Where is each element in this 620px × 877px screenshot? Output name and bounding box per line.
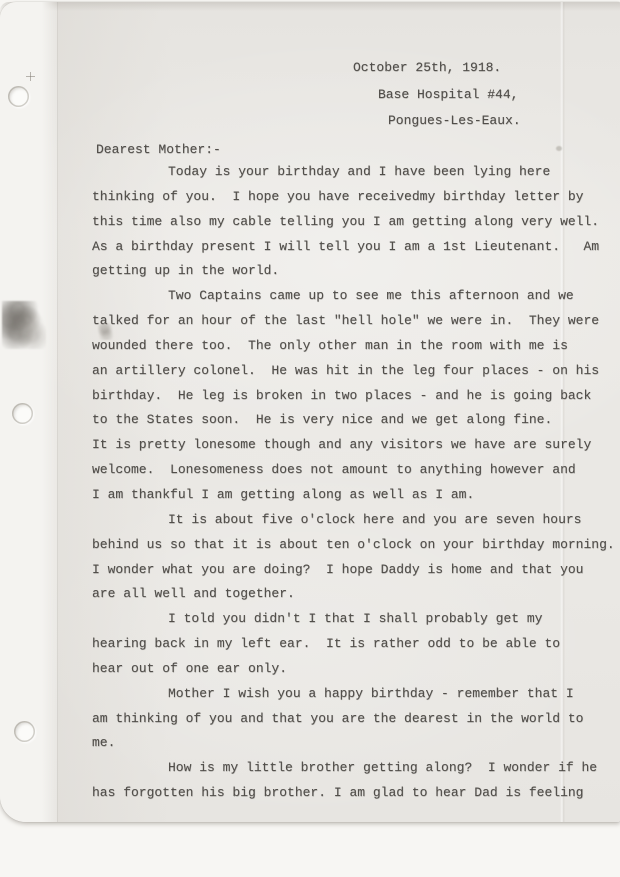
paragraph: It is about five o'clock here and you ar…	[92, 508, 617, 607]
letter-line: welcome. Lonesomeness does not amount to…	[92, 458, 617, 483]
punch-hole-bottom	[14, 721, 35, 742]
salutation: Dearest Mother:-	[96, 142, 221, 157]
letter-line: to the States soon. He is very nice and …	[92, 408, 617, 433]
letter-line: I am thankful I am getting along as well…	[92, 483, 617, 508]
paper-speck	[556, 146, 562, 151]
letter-line: It is pretty lonesome though and any vis…	[92, 433, 617, 458]
letter-line: birthday. He leg is broken in two places…	[92, 384, 617, 409]
letter-location-town: Pongues-Les-Eaux.	[388, 113, 521, 128]
scanned-letter-page: October 25th, 1918. Base Hospital #44, P…	[0, 0, 620, 877]
letter-line: behind us so that it is about ten o'cloc…	[92, 533, 617, 558]
letter-line: Today is your birthday and I have been l…	[92, 160, 617, 185]
letter-line: thinking of you. I hope you have receive…	[92, 185, 617, 210]
letter-line: am thinking of you and that you are the …	[92, 707, 617, 732]
punch-hole-middle	[12, 403, 33, 424]
ink-smudge-stain	[2, 301, 46, 349]
letter-body: Today is your birthday and I have been l…	[92, 160, 617, 806]
letter-line: As a birthday present I will tell you I …	[92, 235, 617, 260]
letter-line: I told you didn't I that I shall probabl…	[92, 607, 617, 632]
letter-line: are all well and together.	[92, 582, 617, 607]
punch-hole-top	[8, 86, 29, 107]
paragraph: How is my little brother getting along? …	[92, 756, 617, 806]
letter-line: getting up in the world.	[92, 259, 617, 284]
letter-line: hear out of one ear only.	[92, 657, 617, 682]
letter-line: It is about five o'clock here and you ar…	[92, 508, 617, 533]
letter-line: this time also my cable telling you I am…	[92, 210, 617, 235]
letter-line: has forgotten his big brother. I am glad…	[92, 781, 617, 806]
letter-line: Two Captains came up to see me this afte…	[92, 284, 617, 309]
letter-paper: October 25th, 1918. Base Hospital #44, P…	[0, 2, 620, 822]
paragraph: I told you didn't I that I shall probabl…	[92, 607, 617, 682]
letter-line: an artillery colonel. He was hit in the …	[92, 359, 617, 384]
letter-location-hospital: Base Hospital #44,	[378, 87, 518, 102]
letter-line: me.	[92, 731, 617, 756]
letter-line: How is my little brother getting along? …	[92, 756, 617, 781]
letter-line: I wonder what you are doing? I hope Dadd…	[92, 558, 617, 583]
paragraph: Two Captains came up to see me this afte…	[92, 284, 617, 508]
letter-line: talked for an hour of the last "hell hol…	[92, 309, 617, 334]
letter-line: Mother I wish you a happy birthday - rem…	[92, 682, 617, 707]
paragraph: Mother I wish you a happy birthday - rem…	[92, 682, 617, 757]
letter-line: wounded there too. The only other man in…	[92, 334, 617, 359]
letter-date: October 25th, 1918.	[353, 60, 501, 75]
pencil-plus-mark	[26, 72, 35, 81]
letter-line: hearing back in my left ear. It is rathe…	[92, 632, 617, 657]
paragraph: Today is your birthday and I have been l…	[92, 160, 617, 284]
